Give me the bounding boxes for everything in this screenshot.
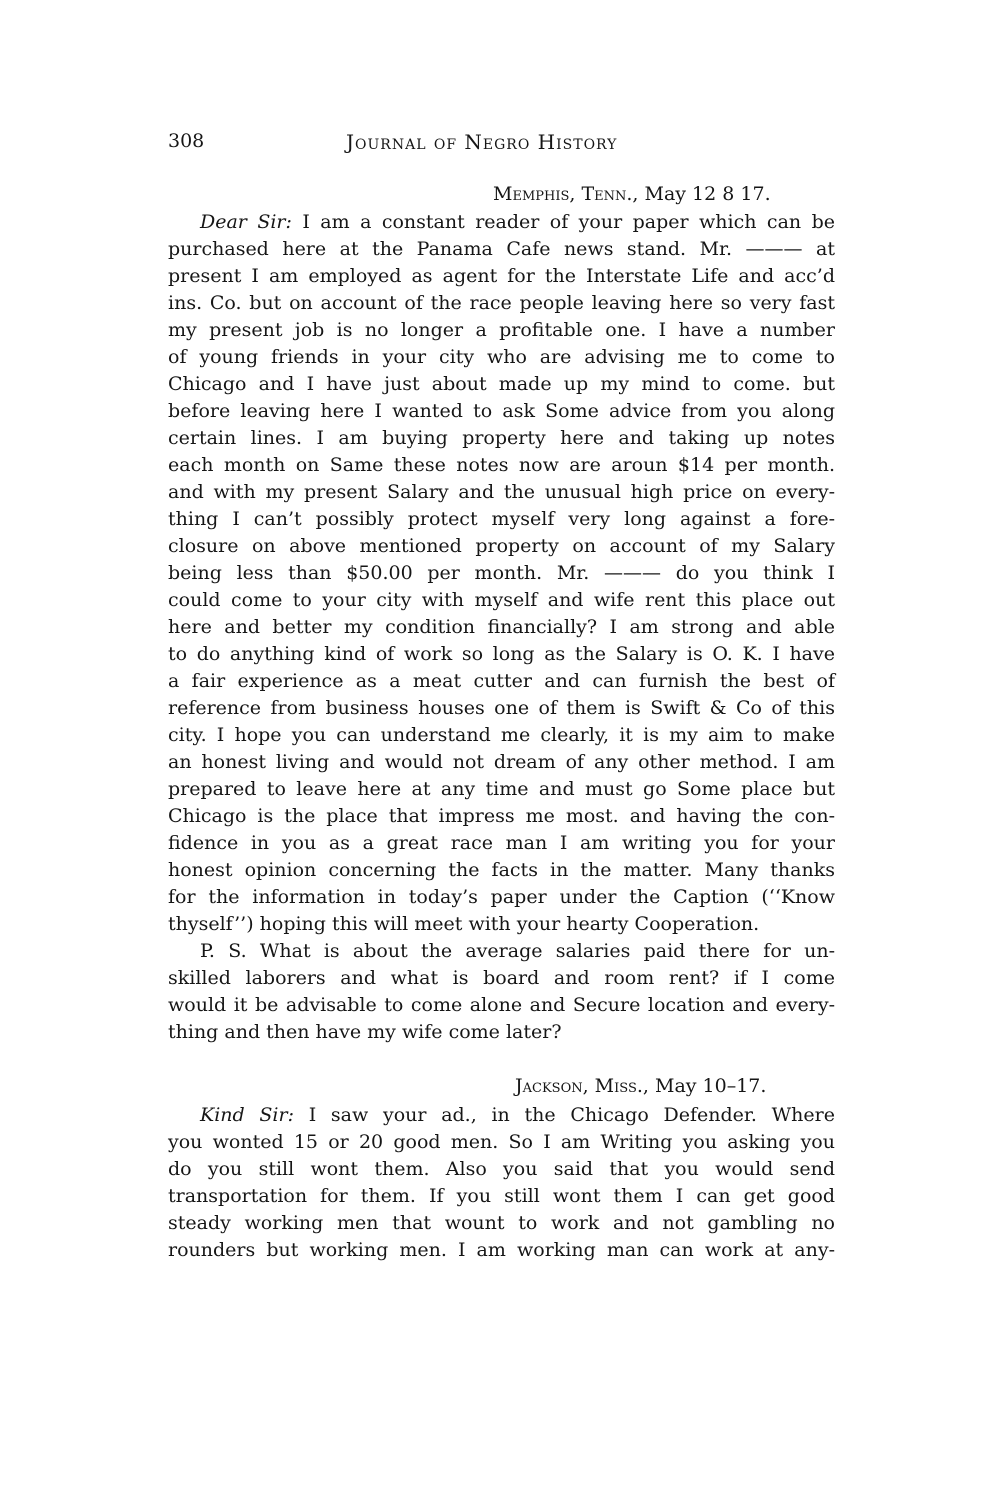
letter-line: reference from business houses one of th…: [168, 695, 835, 722]
letter-line: Dear Sir: I am a constant reader of your…: [200, 209, 835, 236]
letter-line: purchased here at the Panama Cafe news s…: [168, 236, 835, 263]
dateline-place: Jackson, Miss.,: [515, 1075, 649, 1097]
letter-line: fidence in you as a great race man I am …: [168, 830, 835, 857]
letter-line: thing I can’t possibly protect myself ve…: [168, 506, 835, 533]
letter-line: each month on Same these notes now are a…: [168, 452, 835, 479]
letter-line: an honest living and would not dream of …: [168, 749, 835, 776]
postscript-line: would it be advisable to come alone and …: [168, 992, 835, 1019]
postscript-line: thing and then have my wife come later?: [168, 1019, 835, 1046]
letter-line: honest opinion concerning the facts in t…: [168, 857, 835, 884]
letter-line: here and better my condition financially…: [168, 614, 835, 641]
letter-line: before leaving here I wanted to ask Some…: [168, 398, 835, 425]
journal-title: Journal of Negro History: [346, 130, 617, 154]
letter-line: being less than $50.00 per month. Mr. ——…: [168, 560, 835, 587]
dateline-date: May 10–17.: [655, 1075, 766, 1097]
dateline-place: Memphis, Tenn.,: [493, 183, 638, 205]
letter-line: for the information in today’s paper und…: [168, 884, 835, 911]
letter-line: thyself’’) hoping this will meet with yo…: [168, 911, 835, 938]
dateline-memphis: Memphis, Tenn., May 12 8 17.: [493, 183, 771, 205]
letter-line: ins. Co. but on account of the race peop…: [168, 290, 835, 317]
postscript-line: P. S. What is about the average salaries…: [200, 938, 835, 965]
page-number: 308: [168, 130, 204, 152]
letter-line: transportation for them. If you still wo…: [168, 1183, 835, 1210]
letter-line: a fair experience as a meat cutter and c…: [168, 668, 835, 695]
letter-line: present I am employed as agent for the I…: [168, 263, 835, 290]
letter-line: Chicago is the place that impress me mos…: [168, 803, 835, 830]
letter-line: Kind Sir: I saw your ad., in the Chicago…: [200, 1102, 835, 1129]
document-page: 308 Journal of Negro History Memphis, Te…: [0, 0, 1000, 1503]
letter-line: do you still wont them. Also you said th…: [168, 1156, 835, 1183]
salutation: Kind Sir:: [200, 1104, 294, 1126]
letter-line: city. I hope you can understand me clear…: [168, 722, 835, 749]
letter-line: certain lines. I am buying property here…: [168, 425, 835, 452]
letter-line: closure on above mentioned property on a…: [168, 533, 835, 560]
letter-line: my present job is no longer a profitable…: [168, 317, 835, 344]
salutation: Dear Sir:: [200, 211, 292, 233]
letter-line: and with my present Salary and the unusu…: [168, 479, 835, 506]
running-head: 308 Journal of Negro History: [168, 130, 840, 160]
letter-line: prepared to leave here at any time and m…: [168, 776, 835, 803]
postscript-line: skilled laborers and what is board and r…: [168, 965, 835, 992]
letter-line: rounders but working men. I am working m…: [168, 1237, 835, 1264]
dateline-date: May 12 8 17.: [645, 183, 771, 205]
letter-line: you wonted 15 or 20 good men. So I am Wr…: [168, 1129, 835, 1156]
letter-line: of young friends in your city who are ad…: [168, 344, 835, 371]
letter-line: steady working men that wount to work an…: [168, 1210, 835, 1237]
letter-line: Chicago and I have just about made up my…: [168, 371, 835, 398]
letter-line: could come to your city with myself and …: [168, 587, 835, 614]
dateline-jackson: Jackson, Miss., May 10–17.: [515, 1075, 766, 1097]
letter-line: to do anything kind of work so long as t…: [168, 641, 835, 668]
